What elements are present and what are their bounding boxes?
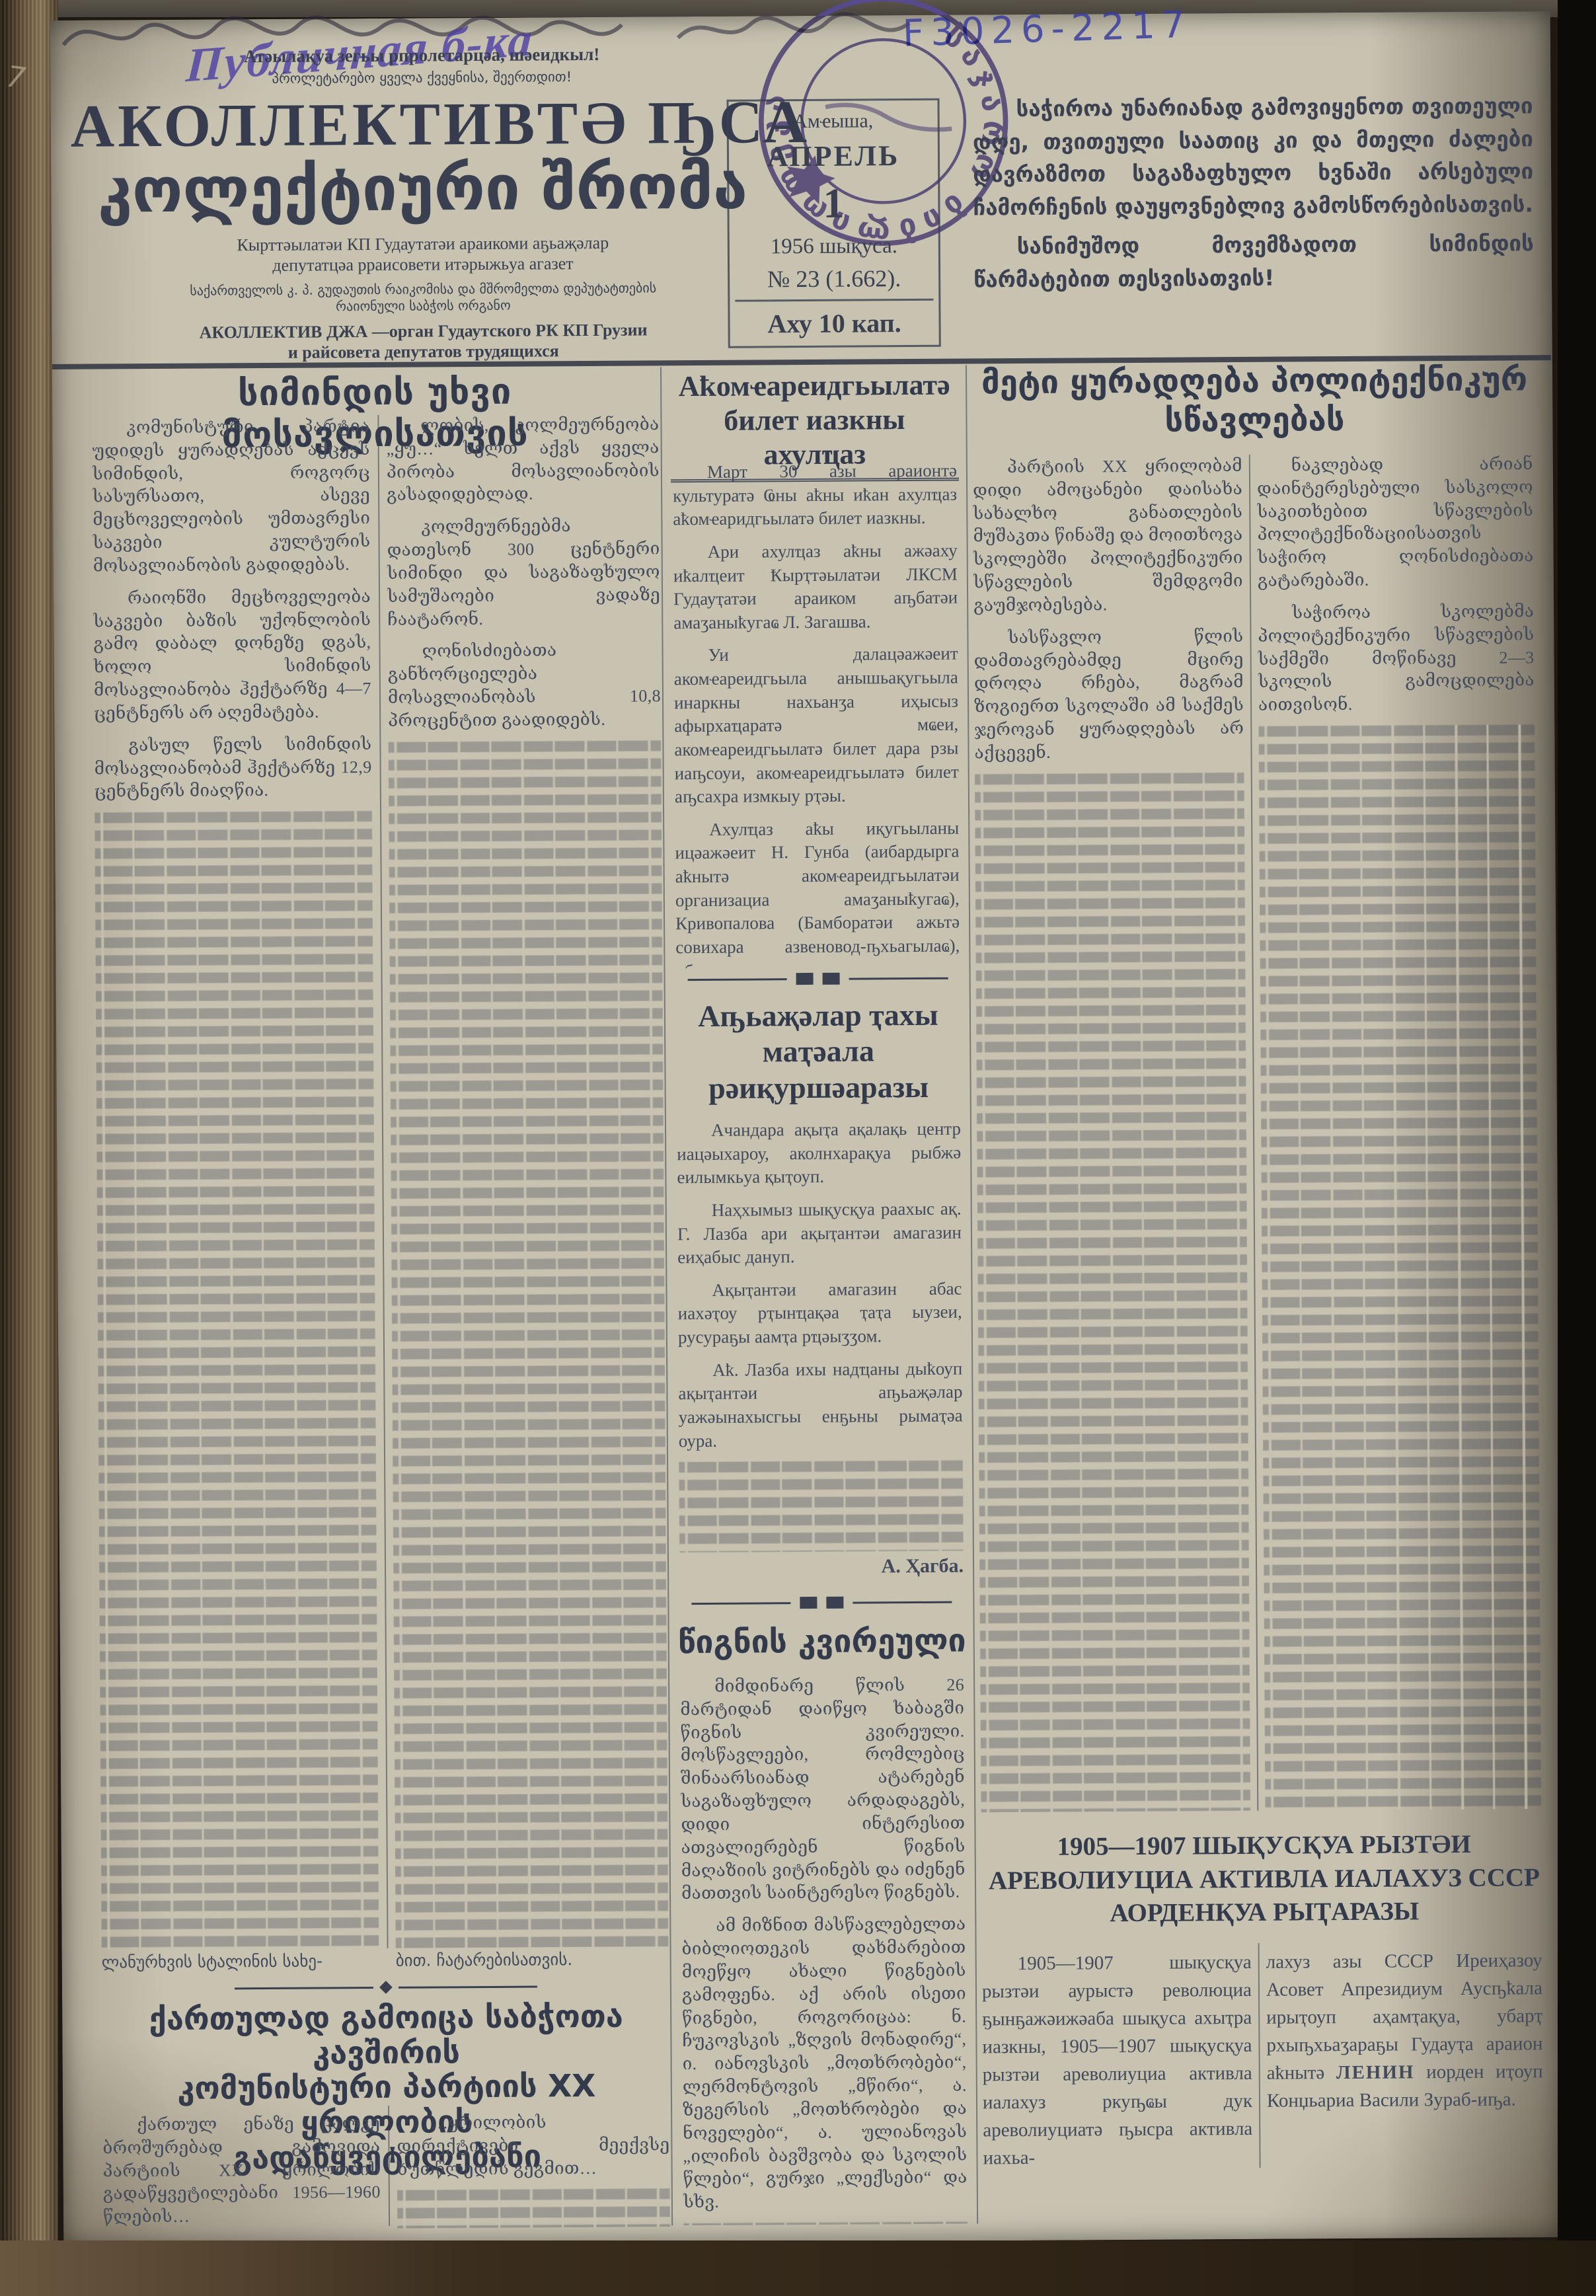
article-orders-col2: лахуз азы СССР Иреиҳазоу Асовет Апрезиди… [1266,1946,1544,2115]
date-issue-box: Амҽыша, АПРЕЛЬ 1 1956 шықуса. № 23 (1.66… [726,98,940,348]
issue-number: № 23 (1.662). [735,264,933,293]
paragraph: რაიონში მეცხოველეობა საკვები ბაზის უქონლ… [93,586,371,726]
article-komsomol-body: Март 30 азы араионтə культуратə Ҩны аҟны… [673,459,960,969]
article-congress-col1: ქართულ ენაზე ცალკე ბროშურებად გამოვიდა პ… [102,2112,381,2231]
section-divider [234,1982,538,1993]
column-rule [1249,455,1259,1811]
month: АПРЕЛЬ [734,138,932,173]
article-corn-col1: კომუნისტური პარტია უდიდეს ყურადღებას აქც… [92,415,379,1950]
title-line: маҭəала [674,1033,962,1071]
newspaper-page: Публичная б-ка F3026-2217 საჯარო ბიბლიოთ… [50,11,1564,2246]
section-divider [679,1596,964,1610]
article-corn-col2: ლობის, კოლმეურნეობა „ყუ…“ ხელთ აქვს ყველ… [386,413,668,1948]
book-cover-bottom [0,2240,1596,2296]
article-polytechnic-col2: ნაკლებად არიან დაინტერესებული სასკოლო სა… [1257,453,1542,1811]
paragraph: Ахулҵаз аҟы иқугьыланы ицəажəеит Н. Гунб… [675,816,960,968]
column-rule [1258,1943,1261,2168]
title-line: АОРДЕНҚУА РЫҬАРАЗЫ [987,1895,1542,1932]
newspaper-photo: 7 Публичная б-ка F3026-2217 საჯარო ბიბლი… [0,0,1596,2296]
newspaper-title-georgian: კოლექტიური შრომა [71,156,775,222]
title-line: მეტი ყურადღება პოლიტექნიკურ [974,360,1535,402]
article-title-goods: Аҧьаҗəлар ҭахы маҭəала рəиқуршəаразы [674,997,963,1106]
paragraph: Ақыҭантəи амагазин абас иахəҭоу рҭынҵақə… [677,1277,962,1349]
book-binding-right [1558,0,1596,2296]
unreadable-text-block [975,773,1251,1813]
paragraph: საჭიროა სკოლებმა პოლიტექნიკური სწავლების… [1258,600,1535,717]
weekday: Амҽыша, [734,110,932,134]
masthead: Атəылақуа зегьы рпролетарцəа, шəеидкыл! … [70,42,775,364]
title-line: рəиқуршəаразы [674,1069,962,1106]
title-line: Аҧьаҗəлар ҭахы [674,997,962,1035]
article-congress-col2: …ყრილობის დირექტივები მეექვსე ხუთწლედის … [397,2110,670,2229]
article-signature: А. Ҳагба. [679,1554,990,1579]
lenin-order-emphasis: ЛЕНИН [1336,2062,1415,2084]
unreadable-text-block [397,2189,670,2229]
unreadable-text-block [95,811,379,1950]
article-polytechnic-col1: პარტიის XX ყრილობამ დიდი ამოცანები დაისა… [973,455,1251,1812]
lead-paragraph-1: საჭიროა უნარიანად გამოვიყენოთ თვითეული დ… [972,89,1533,223]
unreadable-text-block [388,740,668,1948]
paragraph: ლობის, კოლმეურნეობა „ყუ…“ ხელთ აქვს ყველ… [386,413,660,507]
article-orders-col1: 1905—1907 шықусқуа рызтəи аурыстə револю… [982,1948,1253,2172]
slogan-georgian: პროლეტარებო ყველა ქვეყნისა, შეერთდით! [70,68,773,89]
paragraph: Аҟ. Лазба ихы надҵаны дыҟоуп ақыҭантəи а… [678,1357,963,1453]
title-line: 1905—1907 ШЫҚУСҚУА РЫЗТӘИ [986,1827,1541,1864]
book-page-edges-left [0,0,58,2296]
article-goods-body: Ачандара ақыҭа ақалақь центр иацəыхароу,… [677,1118,964,1553]
slogan-abkhaz: Атəылақуа зегьы рпролетарцəа, шəеидкыл! [70,42,773,68]
newspaper-title-abkhaz: АКОЛЛЕКТИВТӘ ҦСА [70,91,774,156]
article-bookweek-body: მიმდინარე წლის 26 მარტიდან დაიწყო ხაბაგშ… [680,1674,968,2226]
paragraph: 1905—1907 шықусқуа рызтəи аурыстə револю… [982,1948,1253,2172]
paragraph: კომუნისტური პარტია უდიდეს ყურადღებას აქც… [92,415,370,578]
price: Аху 10 кап. [735,299,933,340]
org-line-abkhaz-2: депутатцəа рраисовети итəрыжьуа агазет [71,252,775,277]
org-line-georgian-2: რაიონული საბჭოს ორგანო [71,295,775,316]
year-line: 1956 шықуса. [735,234,933,260]
title-line: АРЕВОЛИУЦИА АКТИВЛА ИАЛАХУЗ СССР [987,1861,1542,1898]
paragraph: Ари ахулҵаз аҟны ажəаху иҟалҵеит Ҟырҭтəы… [673,539,958,634]
day-number: 1 [734,178,932,229]
paragraph: ღონისძიებათა განხორციელება მოსავლიანობას… [387,639,661,733]
paragraph: Уи далацəажəеит акомҽареидгьыла анышьақу… [674,642,960,809]
paragraph: ქართულ ენაზე ცალკე ბროშურებად გამოვიდა პ… [102,2112,381,2229]
title-line: Аҟомҽареидгьылатə [670,368,958,404]
unreadable-text-block [683,2222,968,2226]
paragraph: ნაკლებად არიან დაინტერესებული სასკოლო სა… [1257,453,1534,593]
paragraph: ამ მიზნით მასწავლებელთა ბიბლიოთეკის დახმ… [681,1913,968,2214]
article-title-bookweek: წიგნის კვირეული [678,1623,966,1662]
lead-editorial: საჭიროა უნარიანად გამოვიყენოთ თვითეული დ… [972,89,1534,302]
paragraph: გასულ წელს სიმინდის მოსავლიანობამ ჰექტარ… [94,733,372,804]
unreadable-text-block [679,1461,964,1552]
title-line: ქართულად გამოიცა საბჭოთა კავშირის [108,1999,664,2072]
paragraph: …ყრილობის დირექტივები მეექვსე ხუთწლედის … [397,2110,670,2181]
article-title-polytechnic: მეტი ყურადღება პოლიტექნიკურ სწავლებას [974,360,1535,441]
paragraph: კოლმეურნეებმა დათესონ 300 ცენტნერი სიმინ… [387,515,660,632]
paragraph: სასწავლო წლის დამთავრებამდე მცირე დროღა … [973,625,1244,765]
lead-paragraph-2: სანიმუშოდ მოვემზადოთ სიმინდის წარმატებით… [973,227,1535,295]
column-end-line: ბით. ჩატარებისათვის. [396,1949,669,1970]
paragraph: პარტიის XX ყრილობამ დიდი ამოცანები დაისა… [973,455,1243,617]
unreadable-text-block [1258,724,1541,1810]
section-divider [676,972,960,986]
paragraph: Наҳхымыз шықусқуа раахыс ақ. Г. Лазба ар… [677,1197,962,1269]
paragraph: მიმდინარე წლის 26 მარტიდან დაიწყო ხაბაგშ… [680,1674,966,1906]
article-title-orders: 1905—1907 ШЫҚУСҚУА РЫЗТӘИ АРЕВОЛИУЦИА АК… [986,1827,1542,1931]
column-rule [377,415,388,1948]
paragraph: Март 30 азы араионтə культуратə Ҩны аҟны… [673,459,958,531]
paragraph: Ачандара ақыҭа ақалақь центр иацəыхароу,… [677,1118,962,1190]
title-line: სწავლებას [974,399,1535,441]
column-end-line: ლანურხვის სტალინის სახე- [102,1951,379,1972]
